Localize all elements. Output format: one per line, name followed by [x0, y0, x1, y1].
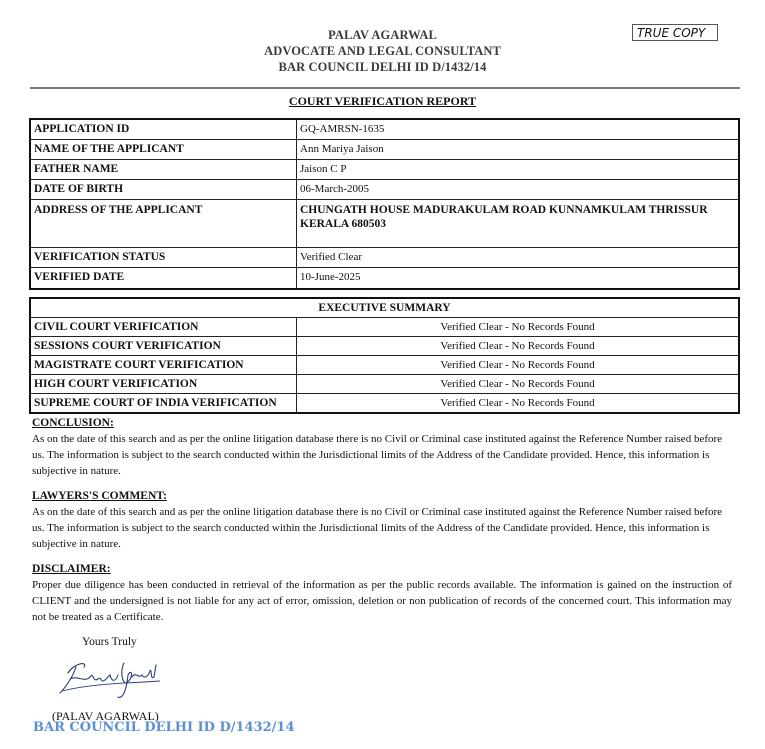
- signature-icon: [54, 653, 164, 703]
- application-id-value: GQ-AMRSN-1635: [297, 119, 740, 140]
- lawyers-comment-heading: LAWYERS'S COMMENT:: [32, 489, 732, 504]
- advocate-designation: ADVOCATE AND LEGAL CONSULTANT: [0, 43, 765, 59]
- table-row: MAGISTRATE COURT VERIFICATION Verified C…: [30, 356, 739, 375]
- letterhead-bar-id: BAR COUNCIL DELHI ID D/1432/14: [0, 59, 765, 75]
- applicant-info-table: APPLICATION ID GQ-AMRSN-1635 NAME OF THE…: [29, 118, 740, 290]
- civil-court-label: CIVIL COURT VERIFICATION: [30, 318, 297, 337]
- father-name-value: Jaison C P: [297, 160, 740, 180]
- verification-status-label: VERIFICATION STATUS: [30, 248, 297, 268]
- header-divider: [30, 87, 740, 89]
- magistrate-court-result: Verified Clear - No Records Found: [297, 356, 740, 375]
- magistrate-court-label: MAGISTRATE COURT VERIFICATION: [30, 356, 297, 375]
- sessions-court-result: Verified Clear - No Records Found: [297, 337, 740, 356]
- conclusion-section: CONCLUSION: As on the date of this searc…: [32, 416, 732, 479]
- signatory-bar-id: BAR COUNCIL DELHI ID D/1432/14: [33, 720, 295, 735]
- high-court-result: Verified Clear - No Records Found: [297, 375, 740, 394]
- address-label: ADDRESS OF THE APPLICANT: [30, 200, 297, 248]
- applicant-name-value: Ann Mariya Jaison: [297, 140, 740, 160]
- supreme-court-label: SUPREME COURT OF INDIA VERIFICATION: [30, 394, 297, 414]
- verification-status-value: Verified Clear: [297, 248, 740, 268]
- closing-salutation: Yours Truly: [82, 636, 137, 648]
- table-row: HIGH COURT VERIFICATION Verified Clear -…: [30, 375, 739, 394]
- disclaimer-section: DISCLAIMER: Proper due diligence has bee…: [32, 562, 732, 625]
- civil-court-result: Verified Clear - No Records Found: [297, 318, 740, 337]
- table-row: SESSIONS COURT VERIFICATION Verified Cle…: [30, 337, 739, 356]
- dob-label: DATE OF BIRTH: [30, 180, 297, 200]
- dob-value: 06-March-2005: [297, 180, 740, 200]
- table-row: VERIFICATION STATUS Verified Clear: [30, 248, 739, 268]
- table-row: FATHER NAME Jaison C P: [30, 160, 739, 180]
- sessions-court-label: SESSIONS COURT VERIFICATION: [30, 337, 297, 356]
- executive-summary-table: EXECUTIVE SUMMARY CIVIL COURT VERIFICATI…: [29, 297, 740, 414]
- application-id-label: APPLICATION ID: [30, 119, 297, 140]
- lawyers-comment-section: LAWYERS'S COMMENT: As on the date of thi…: [32, 489, 732, 552]
- table-row: SUPREME COURT OF INDIA VERIFICATION Veri…: [30, 394, 739, 414]
- table-row: NAME OF THE APPLICANT Ann Mariya Jaison: [30, 140, 739, 160]
- high-court-label: HIGH COURT VERIFICATION: [30, 375, 297, 394]
- table-row: DATE OF BIRTH 06-March-2005: [30, 180, 739, 200]
- address-value: CHUNGATH HOUSE MADURAKULAM ROAD KUNNAMKU…: [297, 200, 740, 248]
- table-row: CIVIL COURT VERIFICATION Verified Clear …: [30, 318, 739, 337]
- lawyers-comment-text: As on the date of this search and as per…: [32, 504, 732, 552]
- supreme-court-result: Verified Clear - No Records Found: [297, 394, 740, 414]
- conclusion-heading: CONCLUSION:: [32, 416, 732, 431]
- father-name-label: FATHER NAME: [30, 160, 297, 180]
- true-copy-stamp: TRUE COPY: [632, 24, 718, 41]
- conclusion-text: As on the date of this search and as per…: [32, 431, 732, 479]
- table-header-row: EXECUTIVE SUMMARY: [30, 298, 739, 318]
- verified-date-value: 10-June-2025: [297, 268, 740, 290]
- report-title: COURT VERIFICATION REPORT: [0, 94, 765, 109]
- table-row: ADDRESS OF THE APPLICANT CHUNGATH HOUSE …: [30, 200, 739, 248]
- table-row: APPLICATION ID GQ-AMRSN-1635: [30, 119, 739, 140]
- executive-summary-title: EXECUTIVE SUMMARY: [30, 298, 739, 318]
- applicant-name-label: NAME OF THE APPLICANT: [30, 140, 297, 160]
- disclaimer-text: Proper due diligence has been conducted …: [32, 577, 732, 625]
- table-row: VERIFIED DATE 10-June-2025: [30, 268, 739, 290]
- disclaimer-heading: DISCLAIMER:: [32, 562, 732, 577]
- verified-date-label: VERIFIED DATE: [30, 268, 297, 290]
